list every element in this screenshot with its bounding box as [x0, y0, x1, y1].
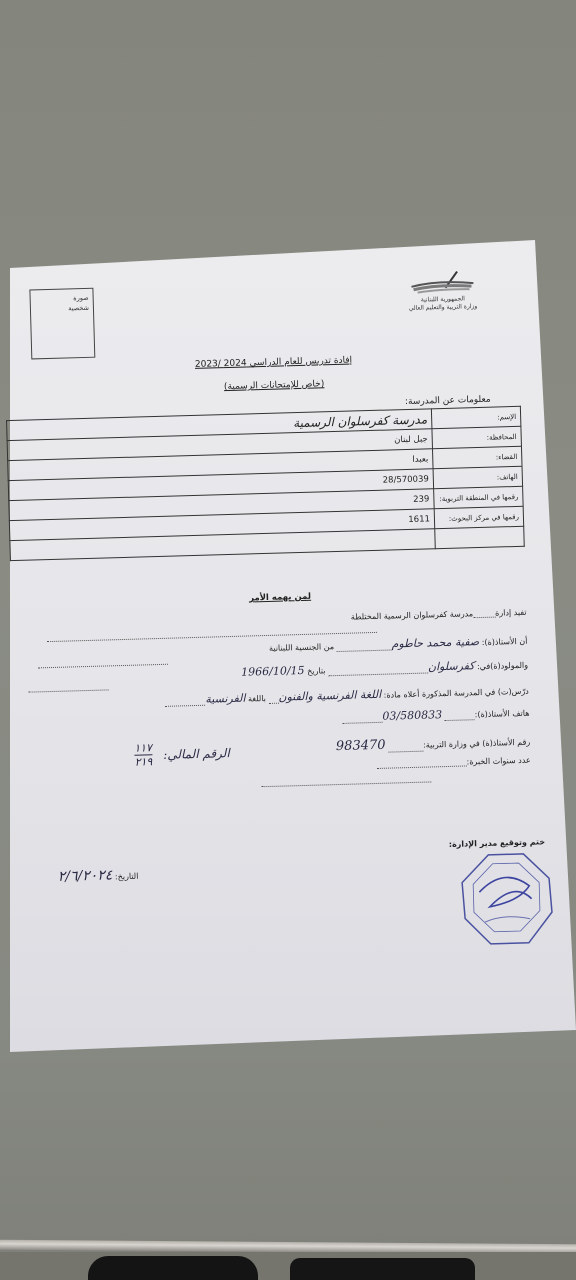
ministry-number-value: 983470 [336, 738, 386, 754]
label-empty [435, 526, 525, 548]
to-whom-heading: لمن يهمه الأمر [20, 585, 540, 610]
date-value: ٢/٦/٢٠٢٤ [58, 867, 113, 885]
official-stamp-icon [458, 850, 556, 948]
photo-label-2: شخصية [31, 303, 93, 315]
logo-ministry-text: وزارة التربية والتعليم العالي [398, 303, 488, 314]
date-label: التاريخ: [115, 872, 139, 882]
personal-photo-box: صورة شخصية [29, 288, 95, 360]
handwritten-financial-number: الرقم المالي: ١١٧ ٢١٩ [134, 739, 230, 769]
teacher-phone-label: هاتف الأستاذ(ة): [475, 709, 530, 720]
admin-value: مدرسة كفرسلوان الرسمية المختلطة [351, 609, 474, 621]
school-info-heading: معلومات عن المدرسة: [405, 395, 491, 407]
language-value: الفرنسية [205, 692, 245, 706]
ministry-logo: الجمهورية اللبنانية وزارة التربية والتعل… [397, 269, 488, 313]
label-governorate: المحافظة: [432, 426, 522, 448]
line-teacher-phone: هاتف الأستاذ(ة): 03/580833 [9, 706, 529, 734]
teacher-phone-value: 03/580833 [382, 708, 442, 723]
document-subtitle: (خاص للإمتحانات الرسمية) [14, 373, 534, 398]
document-page: الجمهورية اللبنانية وزارة التربية والتعل… [10, 224, 576, 1051]
school-stamp [458, 850, 556, 948]
subject-label: درّس(ت) في المدرسة المذكورة أعلاه مادة: [384, 687, 529, 700]
label-region-number: رقمها في المنطقة التربوية: [434, 486, 524, 508]
shadow [290, 1258, 475, 1280]
admin-label: تفيد إدارة [495, 608, 527, 618]
label-phone: الهاتف: [433, 466, 523, 488]
language-label: باللغة [248, 694, 266, 703]
subject-value: اللغة الفرنسية والفنون [278, 688, 381, 704]
label-research-center-number: رقمها في مركز البحوث: [434, 506, 524, 528]
financial-number-bottom: ٢١٩ [134, 755, 152, 768]
financial-number-label: الرقم المالي: [163, 746, 230, 762]
open-book-pen-icon [407, 269, 478, 297]
school-info-table: الإسم: مدرسة كفرسلوان الرسمية المحافظة: … [6, 406, 525, 561]
floor-area [0, 1252, 576, 1280]
signature-label: ختم وتوقيع مدير الإدارة: [449, 837, 545, 849]
shadow [88, 1256, 258, 1280]
experience-label: عدد سنوات الخبرة: [466, 756, 530, 767]
financial-number-top: ١١٧ [134, 741, 152, 755]
footer-date: التاريخ: ٢/٦/٢٠٢٤ [58, 867, 139, 885]
ministry-number-label: رقم الأستاذ(ة) في وزارة التربية: [423, 738, 530, 750]
label-name: الإسم: [431, 406, 521, 428]
label-district: القضاء: [432, 446, 522, 468]
